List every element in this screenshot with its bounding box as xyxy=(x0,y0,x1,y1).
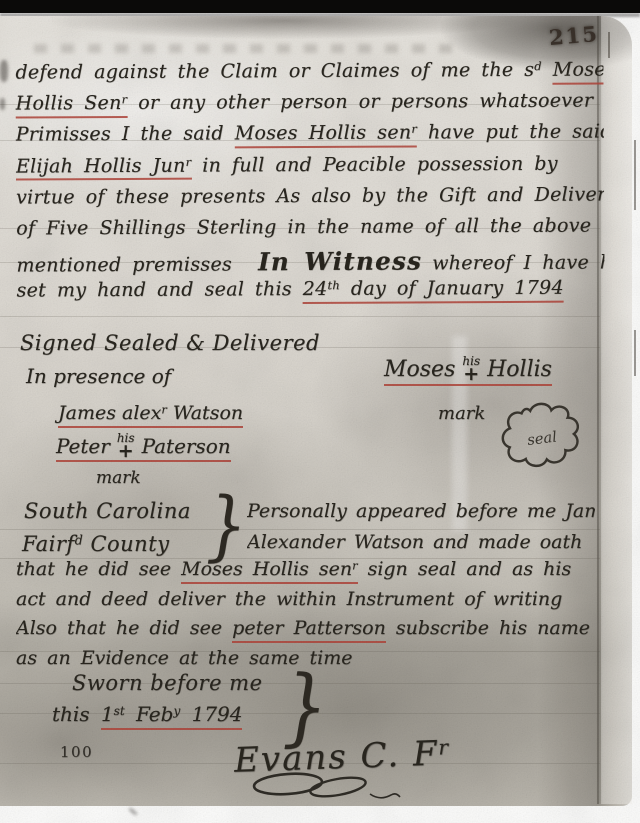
his-mark-cross-icon: his+ xyxy=(462,356,480,382)
ruled-line xyxy=(0,316,600,317)
witness-name: Paterson xyxy=(142,434,231,458)
stray-mark xyxy=(128,807,138,816)
edge-smudge xyxy=(0,98,5,110)
probate-line: Also that he did see peter Patterson sub… xyxy=(16,617,633,647)
seal-icon: seal xyxy=(500,396,584,480)
probate-line: Alexander Watson and made oath xyxy=(247,531,595,553)
deed-line: mentioned premissesIn Witnesswhereof I h… xyxy=(16,246,604,280)
deed-line: Elijah Hollis Junr in full and Peacible … xyxy=(16,152,604,186)
witness-name: Peter xyxy=(56,434,110,458)
grantor-mark-label: mark xyxy=(438,403,485,424)
scan-top-band xyxy=(0,0,640,13)
edge-mark xyxy=(634,330,636,376)
ink-ghosting xyxy=(34,44,464,53)
deed-line: of Five Shillings Sterling in the name o… xyxy=(16,214,604,248)
attestation-heading: Signed Sealed & Delivered xyxy=(20,331,320,355)
attestation-presence: In presence of xyxy=(26,364,171,388)
witness-mark-label: mark xyxy=(96,468,141,488)
grantor-name: Hollis xyxy=(487,357,552,382)
edge-mark xyxy=(634,140,636,210)
margin-note: 100 xyxy=(60,743,93,761)
grantor-name: Moses xyxy=(384,357,455,382)
deed-line: Primisses I the said Moses Hollis senr h… xyxy=(16,121,604,155)
probate-place-county: Fairfd County xyxy=(22,532,170,556)
probate-place-state: South Carolina xyxy=(24,499,191,523)
probate-line: act and deed deliver the within Instrume… xyxy=(16,588,633,618)
ruled-line xyxy=(0,529,600,530)
jurat-sworn-line: Sworn before me xyxy=(72,671,263,695)
deed-line: set my hand and seal this 24th day of Ja… xyxy=(16,277,604,311)
brace-icon: } xyxy=(206,487,247,563)
jurat-date-line: this 1st Feby 1794 xyxy=(52,702,242,726)
deed-line: defend against the Claim or Claimes of m… xyxy=(15,58,603,92)
page-number: 215 xyxy=(548,21,600,50)
deed-paragraph: defend against the Claim or Claimes of m… xyxy=(15,58,604,311)
deed-line: Hollis Senr or any other person or perso… xyxy=(16,90,604,124)
deed-line: virtue of these presents As also by the … xyxy=(16,183,604,217)
witness-signature-james-watson: James alexr Watson xyxy=(58,402,243,424)
seal-label: seal xyxy=(526,428,558,449)
signature-flourish-icon xyxy=(250,770,430,802)
probate-line: Personally appeared before me James xyxy=(247,500,595,522)
edge-smudge xyxy=(0,60,8,82)
document-scan: 215 defend against the Claim or Claimes … xyxy=(0,0,640,823)
witness-signature-peter-paterson: Peterhis+Paterson xyxy=(56,433,231,459)
edge-mark xyxy=(608,32,610,58)
page-right-margin xyxy=(601,16,632,804)
his-mark-cross-icon: his+ xyxy=(117,433,135,459)
brace-icon: } xyxy=(282,664,327,748)
grantor-signature-moses-hollis: Moseshis+Hollis xyxy=(384,356,552,382)
probate-line: that he did see Moses Hollis senr sign s… xyxy=(16,558,633,588)
